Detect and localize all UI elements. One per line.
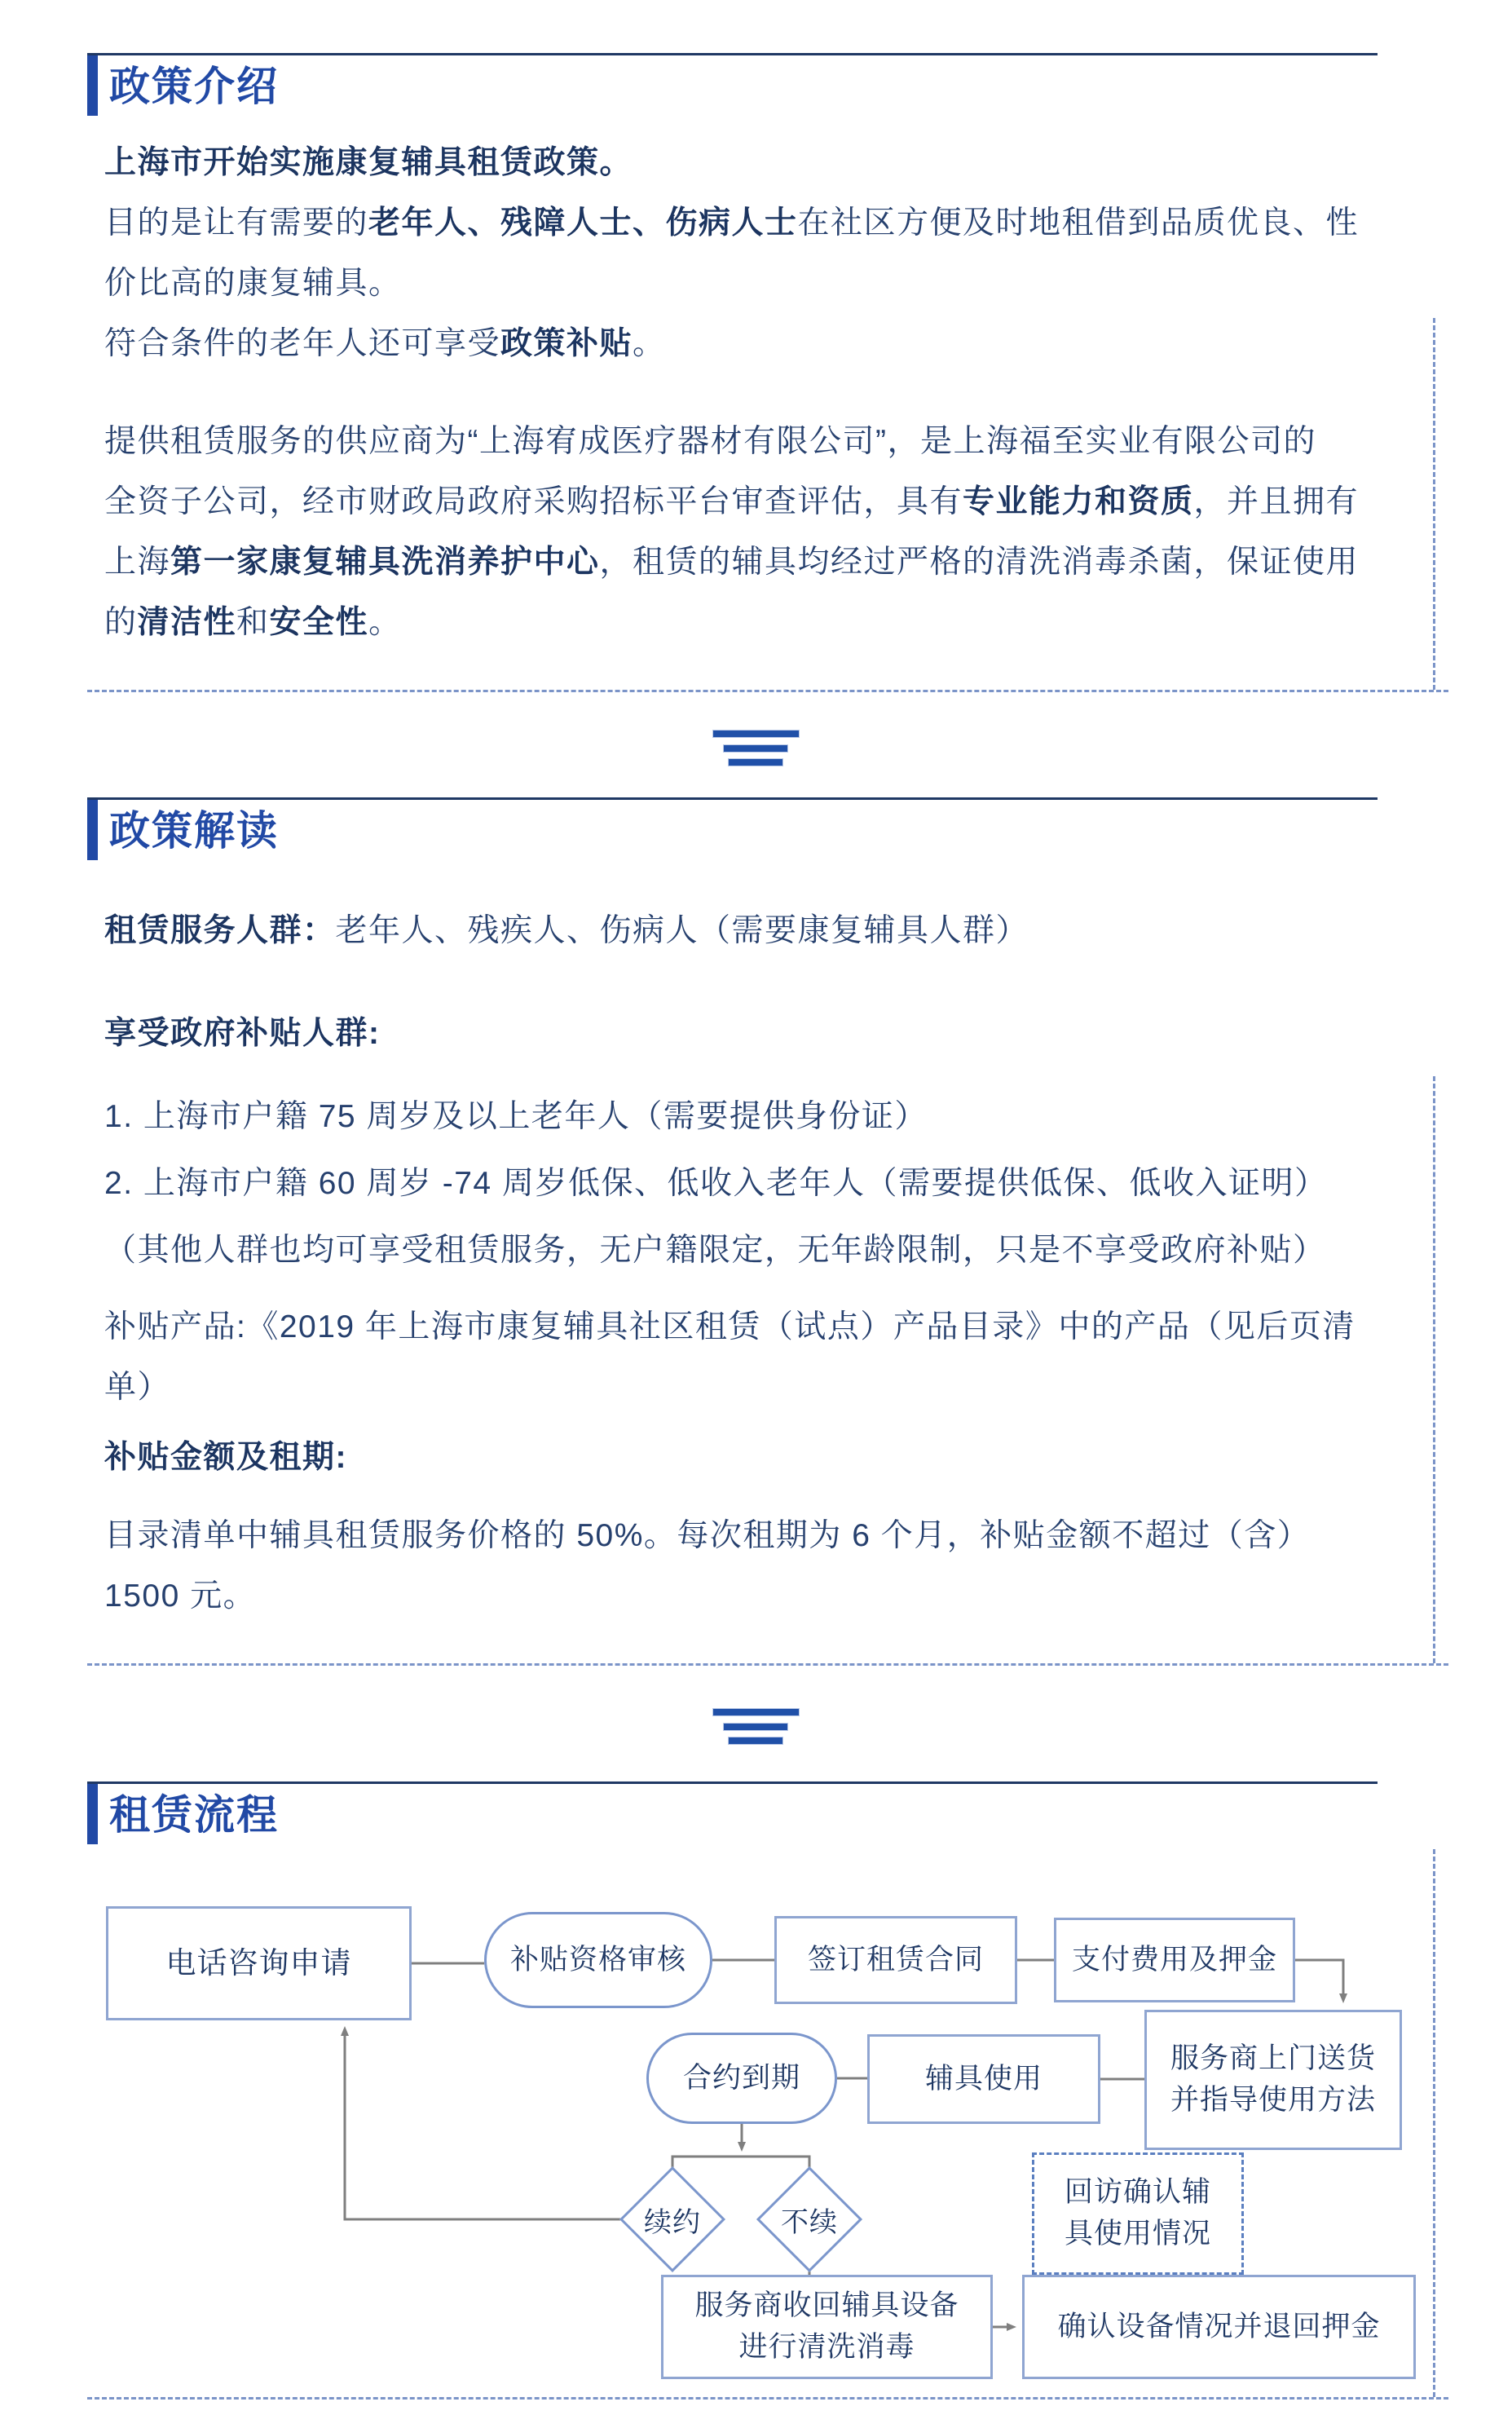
interpret-line: 补贴产品:《2019 年上海市康复辅具社区租赁（试点）产品目录》中的产品（见后页… bbox=[104, 1301, 1356, 1347]
interpret-line: 目录清单中辅具租赁服务价格的 50%。每次租期为 6 个月，补贴金额不超过（含） bbox=[104, 1510, 1310, 1556]
flow-node-pay-deposit: 支付费用及押金 bbox=[1054, 1918, 1295, 2002]
policy-document-page: 政策介绍 上海市开始实施康复辅具租赁政策。 目的是让有需要的老年人、残障人士、伤… bbox=[0, 0, 1512, 2415]
intro-paragraph-line: 全资子公司，经市财政局政府采购招标平台审查评估，具有专业能力和资质，并且拥有 bbox=[104, 476, 1359, 522]
section-divider-line bbox=[87, 1781, 1378, 1784]
section-dashed-bottom-border bbox=[87, 1663, 1448, 1666]
interpret-line: 补贴金额及租期: bbox=[104, 1432, 347, 1477]
interpret-line: 享受政府补贴人群: bbox=[104, 1008, 381, 1053]
interpret-line: （其他人群也均可享受租赁服务，无户籍限定，无年龄限制，只是不享受政府补贴） bbox=[104, 1225, 1326, 1270]
flow-decision-no-renew-label: 不续 bbox=[759, 2169, 860, 2270]
interpret-line: 单） bbox=[104, 1362, 170, 1407]
interpret-line: 1. 上海市户籍 75 周岁及以上老年人（需要提供身份证） bbox=[104, 1091, 928, 1137]
section-title-accent-bar bbox=[87, 800, 98, 860]
section-title-process: 租赁流程 bbox=[109, 1782, 279, 1841]
flow-decision-renew: 续约 bbox=[622, 2169, 723, 2270]
section-dashed-bottom-border bbox=[87, 690, 1448, 692]
intro-paragraph-line: 价比高的康复辅具。 bbox=[104, 258, 402, 303]
flow-node-sign-contract: 签订租赁合同 bbox=[774, 1916, 1017, 2004]
flow-note-follow-up-visit: 回访确认辅 具使用情况 bbox=[1032, 2152, 1244, 2275]
section-divider-line bbox=[87, 53, 1378, 55]
section-dashed-right-border bbox=[1433, 1849, 1435, 2397]
section-separator-icon bbox=[713, 1709, 803, 1748]
intro-paragraph-line: 上海市开始实施康复辅具租赁政策。 bbox=[104, 137, 633, 183]
section-title-interpret: 政策解读 bbox=[109, 798, 279, 857]
intro-paragraph-line: 提供租赁服务的供应商为“上海宥成医疗器材有限公司”，是上海福至实业有限公司的 bbox=[104, 416, 1316, 461]
intro-paragraph-line: 符合条件的老年人还可享受政策补贴。 bbox=[104, 318, 666, 364]
interpret-line: 2. 上海市户籍 60 周岁 -74 周岁低保、低收入老年人（需要提供低保、低收… bbox=[104, 1158, 1327, 1203]
section-title-accent-bar bbox=[87, 55, 98, 116]
flow-node-equipment-use: 辅具使用 bbox=[867, 2034, 1100, 2124]
intro-paragraph-line: 上海第一家康复辅具洗消养护中心，租赁的辅具均经过严格的清洗消毒杀菌，保证使用 bbox=[104, 536, 1359, 582]
section-separator-icon bbox=[713, 731, 803, 770]
flow-node-contract-expire: 合约到期 bbox=[646, 2033, 837, 2124]
interpret-line: 1500 元。 bbox=[104, 1570, 256, 1616]
flow-decision-no-renew: 不续 bbox=[759, 2169, 860, 2270]
flow-node-recycle-clean: 服务商收回辅具设备 进行清洗消毒 bbox=[661, 2275, 993, 2379]
flow-node-home-delivery: 服务商上门送货 并指导使用方法 bbox=[1144, 2010, 1402, 2150]
interpret-line: 租赁服务人群：老年人、残疾人、伤病人（需要康复辅具人群） bbox=[104, 905, 1029, 951]
flow-node-subsidy-review: 补贴资格审核 bbox=[484, 1912, 712, 2008]
section-dashed-right-border bbox=[1433, 1076, 1435, 1663]
section-dashed-bottom-border bbox=[87, 2397, 1448, 2400]
intro-paragraph-line: 目的是让有需要的老年人、残障人士、伤病人士在社区方便及时地租借到品质优良、性 bbox=[104, 197, 1359, 243]
intro-paragraph-line: 的清洁性和安全性。 bbox=[104, 597, 402, 642]
flow-node-phone-apply: 电话咨询申请 bbox=[106, 1906, 412, 2020]
section-title-intro: 政策介绍 bbox=[109, 54, 279, 113]
section-dashed-right-border bbox=[1433, 318, 1435, 690]
section-divider-line bbox=[87, 797, 1378, 800]
flow-node-confirm-refund: 确认设备情况并退回押金 bbox=[1022, 2275, 1416, 2379]
flow-decision-renew-label: 续约 bbox=[622, 2169, 723, 2270]
